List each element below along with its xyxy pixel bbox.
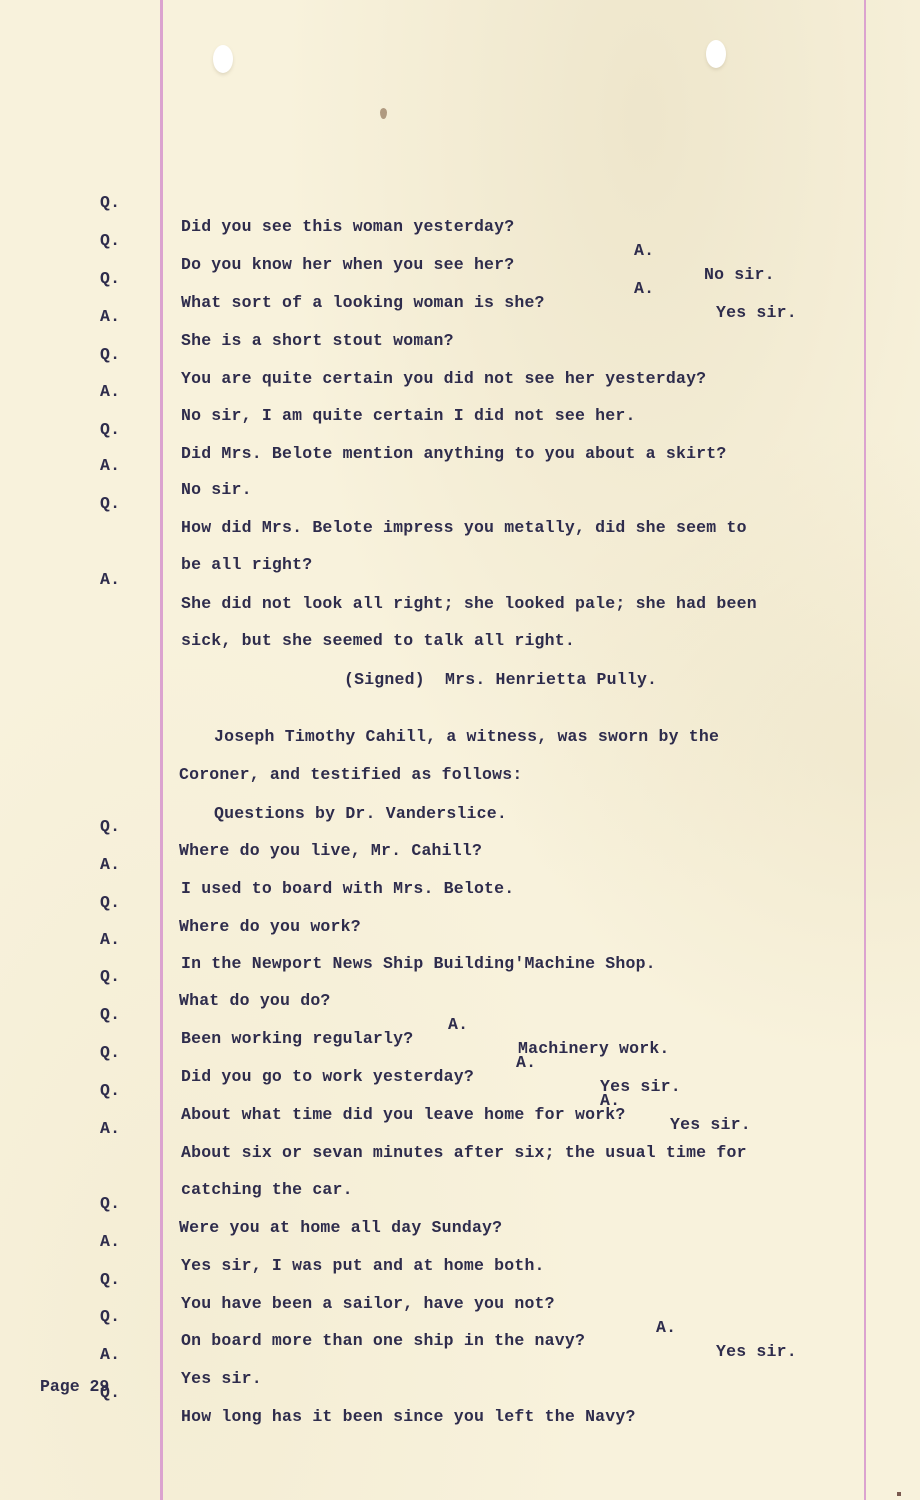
transcript-line: Q. On board more than one ship in the na… bbox=[0, 1281, 920, 1305]
transcript-line: Q. Did you see this woman yesterday? A. … bbox=[0, 167, 920, 191]
signature-line: (Signed) Mrs. Henrietta Pully. bbox=[0, 620, 920, 644]
transcript-line: Q. About what time did you leave home fo… bbox=[0, 1055, 920, 1079]
examiner-line: Questions by Dr. Vanderslice. bbox=[0, 754, 920, 778]
transcript-line: catching the car. bbox=[0, 1130, 920, 1154]
transcript-line: Q. How long has it been since you left t… bbox=[0, 1357, 920, 1381]
transcript-line: Q. What sort of a looking woman is she? bbox=[0, 243, 920, 267]
transcript-line: A. I used to board with Mrs. Belote. bbox=[0, 829, 920, 853]
transcript-line: be all right? bbox=[0, 505, 920, 529]
transcript-line: Q. How did Mrs. Belote impress you metal… bbox=[0, 468, 920, 492]
transcript-line: Q. Do you know her when you see her? A. … bbox=[0, 205, 920, 229]
transcript-line: Q. Where do you live, Mr. Cahill? bbox=[0, 791, 920, 815]
line-text: How long has it been since you left the … bbox=[181, 1405, 636, 1429]
transcript-line: A. No sir, I am quite certain I did not … bbox=[0, 356, 920, 380]
transcript-line: A. Yes sir, I was put and at home both. bbox=[0, 1206, 920, 1230]
punch-hole-right bbox=[706, 40, 726, 68]
transcript-line: Q. Were you at home all day Sunday? bbox=[0, 1168, 920, 1192]
transcript-line: A. Yes sir. bbox=[0, 1319, 920, 1343]
transcript-line: A. No sir. bbox=[0, 430, 920, 454]
transcript-line: Q. Did Mrs. Belote mention anything to y… bbox=[0, 394, 920, 418]
paper-speck bbox=[897, 1492, 901, 1496]
transcript-line: sick, but she seemed to talk all right. bbox=[0, 581, 920, 605]
punch-hole-left bbox=[213, 45, 233, 73]
transcript-line: Coroner, and testified as follows: bbox=[0, 715, 920, 739]
witness-intro-line: Joseph Timothy Cahill, a witness, was sw… bbox=[0, 677, 920, 701]
paper-stain bbox=[380, 108, 387, 119]
transcript-line: Q. Where do you work? bbox=[0, 867, 920, 891]
transcript-line: Q. What do you do? A. Machinery work. bbox=[0, 941, 920, 965]
transcript-line: Q. You are quite certain you did not see… bbox=[0, 319, 920, 343]
transcript-line: Q. Did you go to work yesterday? A. Yes … bbox=[0, 1017, 920, 1041]
transcript-line: Q. Been working regularly? A. Yes sir. bbox=[0, 979, 920, 1003]
transcript-line: A. In the Newport News Ship Building'Mac… bbox=[0, 904, 920, 928]
transcript-line: A. She did not look all right; she looke… bbox=[0, 544, 920, 568]
transcript-line: A. About six or sevan minutes after six;… bbox=[0, 1093, 920, 1117]
transcript-line: Q. You have been a sailor, have you not?… bbox=[0, 1244, 920, 1268]
transcript-line: A. She is a short stout woman? bbox=[0, 281, 920, 305]
page-number: Page 29 bbox=[40, 1375, 109, 1399]
